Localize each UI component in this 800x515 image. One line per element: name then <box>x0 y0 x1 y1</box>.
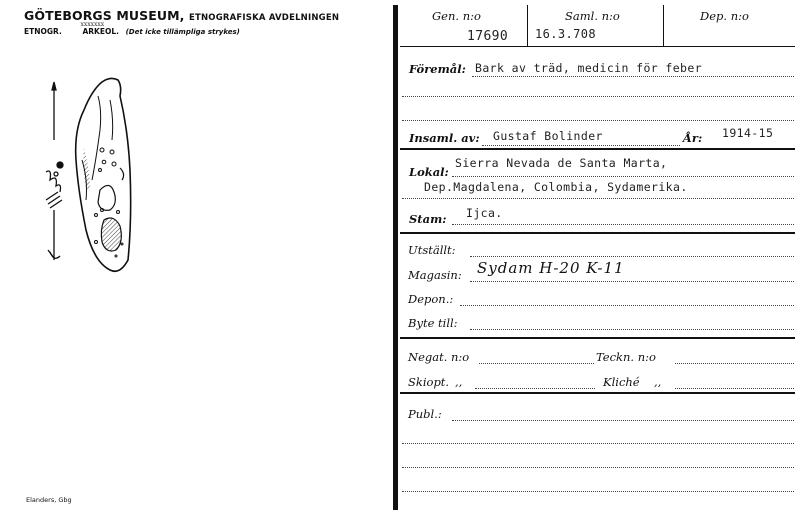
ar-label: År: <box>683 131 702 145</box>
insaml-label: Insaml. av: <box>409 131 480 145</box>
strike-note: (Det icke tillämpliga strykes) <box>126 28 240 36</box>
header-divider-1 <box>527 5 528 47</box>
lokal-line-1 <box>452 176 794 177</box>
arkeol-overstrike: xxxxxxx <box>80 21 104 28</box>
gen-no-label: Gen. n:o <box>432 9 481 23</box>
foremal-line-3 <box>402 120 794 121</box>
magasin-line <box>470 281 794 282</box>
museum-name: GÖTEBORGS MUSEUM, <box>24 8 185 23</box>
foremal-label: Föremål: <box>409 62 466 76</box>
skiopt-line <box>475 388 595 389</box>
kliche-line <box>675 388 794 389</box>
utstallt-line <box>470 256 794 257</box>
foremal-line <box>472 76 794 77</box>
teckn-label: Teckn. n:o <box>596 350 656 364</box>
negat-line <box>479 363 594 364</box>
publ-label: Publ.: <box>408 407 442 421</box>
kliche-rule <box>400 392 795 394</box>
insaml-value[interactable]: Gustaf Bolinder <box>493 129 603 143</box>
foremal-line-2 <box>402 96 794 97</box>
ar-value[interactable]: 1914-15 <box>722 126 773 140</box>
byte-rule <box>400 337 795 339</box>
header-rule <box>400 46 795 47</box>
etnogr-label: ETNOGR. <box>24 27 62 36</box>
stam-rule <box>400 232 795 234</box>
dep-no-label: Dep. n:o <box>700 9 749 23</box>
stam-value[interactable]: Ijca. <box>466 206 503 220</box>
byte-line <box>470 329 794 330</box>
publ-line-3 <box>402 467 794 468</box>
header-divider-2 <box>663 5 664 47</box>
publ-line-2 <box>402 443 794 444</box>
lokal-value-line2[interactable]: Dep.Magdalena, Colombia, Sydamerika. <box>424 180 688 194</box>
lokal-label: Lokal: <box>409 165 449 179</box>
bark-fragment-sketch-icon <box>40 70 140 280</box>
printer-imprint: Elanders, Gbg <box>26 496 72 504</box>
museum-title: GÖTEBORGS MUSEUM, ETNOGRAFISKA AVDELNING… <box>24 8 339 23</box>
stam-label: Stam: <box>409 212 446 226</box>
magasin-label: Magasin: <box>408 268 462 282</box>
insaml-rule <box>400 148 795 150</box>
department-name: ETNOGRAFISKA AVDELNINGEN <box>189 13 339 23</box>
skiopt-ditto: ,, <box>455 375 462 389</box>
skiopt-label: Skiopt. <box>408 375 449 389</box>
magasin-value[interactable]: Sydam H-20 K-11 <box>477 259 625 277</box>
foremal-value[interactable]: Bark av träd, medicin för feber <box>475 61 702 75</box>
saml-no-label: Saml. n:o <box>565 9 620 23</box>
depon-label: Depon.: <box>408 292 453 306</box>
arkeol-label: xxxxxxx ARKEOL. <box>82 27 121 36</box>
utstallt-label: Utställt: <box>408 243 456 257</box>
lokal-line-2 <box>402 198 794 199</box>
kliche-label: Kliché <box>603 375 640 389</box>
card-divider-bar <box>393 5 398 510</box>
saml-no-value: 16.3.708 <box>535 27 596 41</box>
insaml-line <box>482 145 680 146</box>
gen-no-value: 17690 <box>467 29 508 44</box>
teckn-line <box>675 363 794 364</box>
byte-label: Byte till: <box>408 316 458 330</box>
category-line: ETNOGR. xxxxxxx ARKEOL. (Det icke tilläm… <box>24 27 240 36</box>
stam-line <box>452 224 794 225</box>
lokal-value-line1[interactable]: Sierra Nevada de Santa Marta, <box>455 156 667 170</box>
negat-label: Negat. n:o <box>408 350 469 364</box>
kliche-ditto: ,, <box>654 375 661 389</box>
publ-line-4 <box>402 491 794 492</box>
depon-line <box>460 305 794 306</box>
publ-line-1 <box>452 420 794 421</box>
